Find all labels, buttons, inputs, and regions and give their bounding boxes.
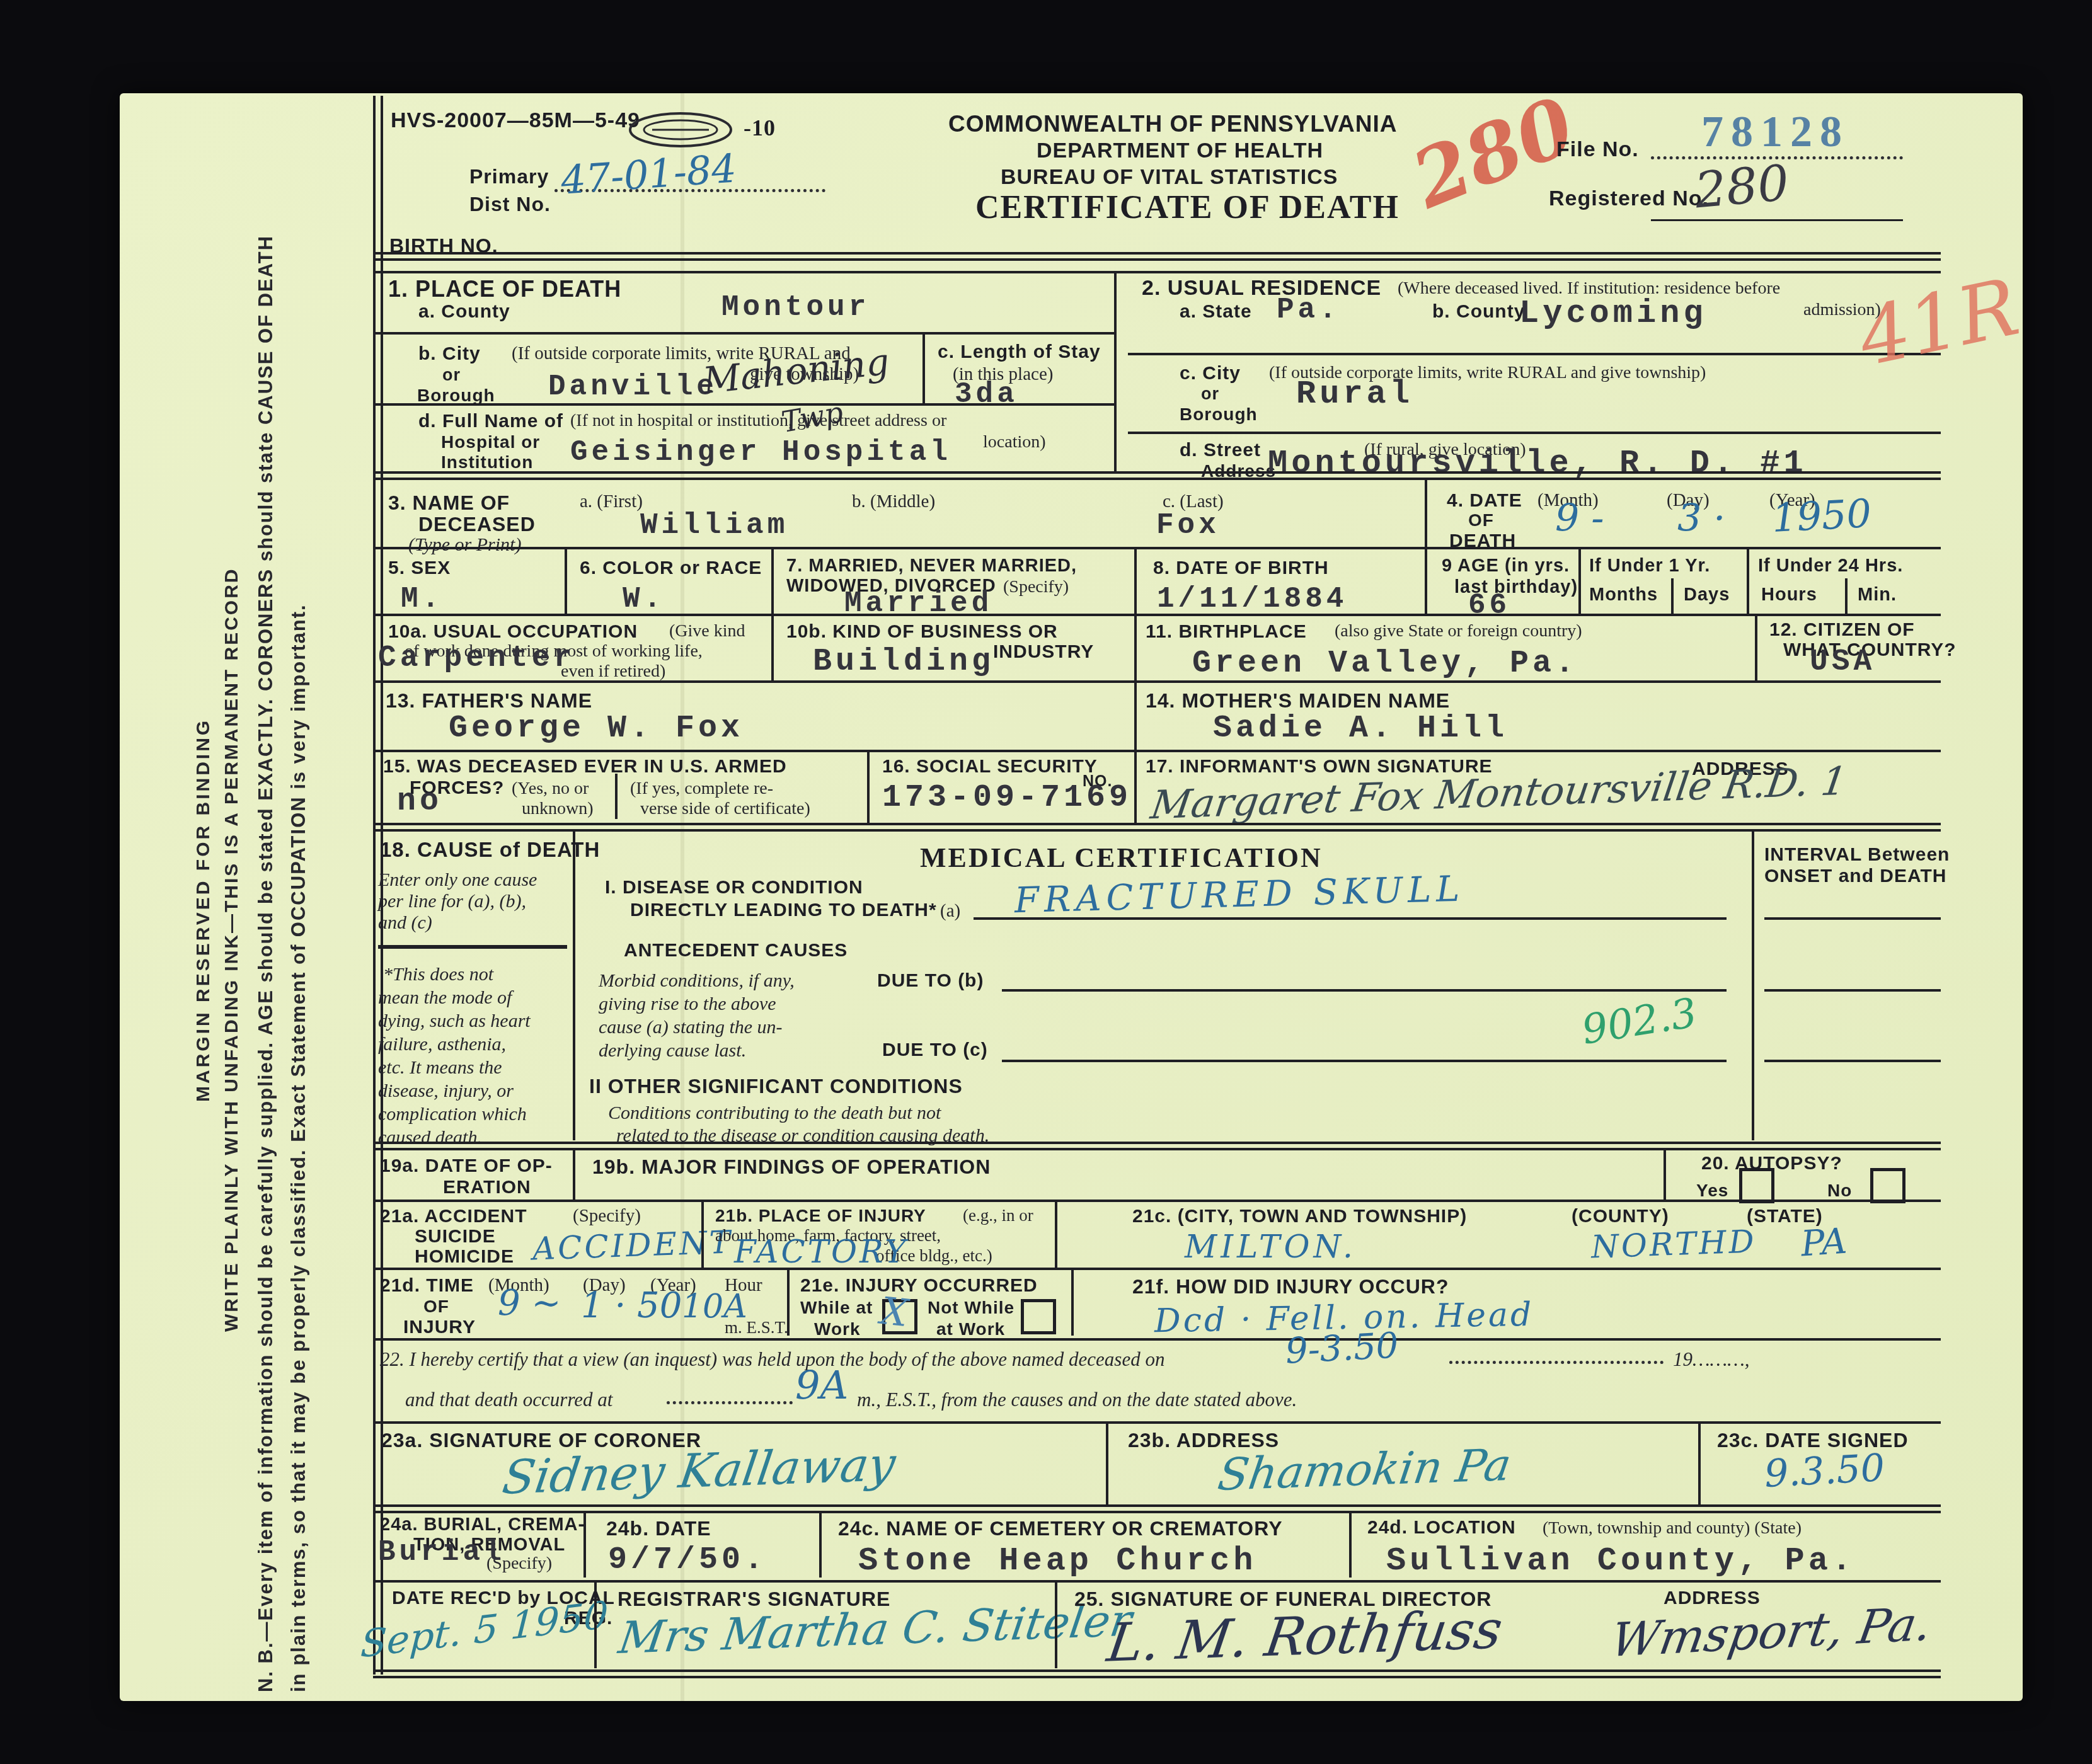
s1c-label: c. Length of Stay [938,341,1101,363]
s18-para-2: mean the mode of [378,987,512,1009]
s21d-day-year-value: 1 · 50 [581,1285,682,1326]
med-morbid-2: giving rise to the above [599,994,776,1015]
s5-label: 5. SEX [388,558,451,579]
s18-note-3: and (c) [378,912,432,934]
s12-citizen-value: USA [1810,645,1875,679]
s10a-note-1: (Give kind [669,621,745,641]
med-disease-label-1: I. DISEASE OR CONDITION [605,877,863,898]
s21b-label: 21b. PLACE OF INJURY [715,1206,926,1226]
rule-v [819,1513,822,1578]
s20-no-label: No [1827,1181,1852,1201]
s21e-label: 21e. INJURY OCCURRED [800,1275,1038,1297]
s16-ssn-value: 173-09-7169 [882,780,1132,816]
rule-v [1747,549,1749,614]
s9-label-1: 9 AGE (in yrs. [1442,556,1570,576]
s1c-value: 3da [955,378,1018,411]
s11-note: (also give State or foreign country) [1335,621,1582,641]
s2b-label: b. County [1432,301,1525,323]
primary-dist-label-2: Dist No. [469,193,551,216]
s3c-last-name-value: Fox [1156,509,1220,542]
s18-para-7: complication which [378,1104,527,1125]
rule-h [1764,1060,1941,1062]
rule-h [373,1421,1941,1424]
registered-no-value: 280 [1693,155,1791,220]
s9-min-label: Min. [1858,585,1897,605]
rule-h [373,252,1941,255]
med-conditions-note-1: Conditions contributing to the death but… [608,1102,941,1124]
s1d-label-3: Institution [441,452,533,472]
rule-v [1134,683,1137,750]
dotted-leader [1449,1361,1664,1364]
rule-v [1664,1150,1666,1200]
med-morbid-4: derlying cause last. [599,1040,746,1062]
s14-label: 14. MOTHER'S MAIDEN NAME [1146,689,1450,713]
s13-label: 13. FATHER'S NAME [386,689,592,713]
org-line-3: BUREAU OF VITAL STATISTICS [1001,165,1338,190]
s8-birth-date-value: 1/11/1884 [1157,583,1347,616]
s21e-while-label-2: Work [814,1319,861,1339]
s21c-label: 21c. (CITY, TOWN AND TOWNSHIP) [1132,1206,1467,1227]
s21d-label-2: OF [423,1297,449,1317]
s1b-city-value: Danville [548,370,718,403]
rule-h [373,750,1941,752]
s10a-label: 10a. USUAL OCCUPATION [388,621,638,643]
rule-v [573,832,575,1140]
scanned-death-certificate: MARGIN RESERVED FOR BINDING WRITE PLAINL… [0,0,2092,1764]
s4-label-1: 4. DATE [1447,490,1522,512]
s25-address-label: ADDRESS [1664,1588,1761,1609]
s2d-street-value: Montoursville, R. D. #1 [1268,445,1807,482]
s1a-label: a. County [418,301,510,323]
s6-label: 6. COLOR or RACE [580,558,762,579]
s21d-month-value: 9 ~ [498,1283,561,1324]
rule-h [373,1148,1941,1150]
s2a-state-value: Pa. [1277,294,1340,326]
s24d-note: (Town, township and county) (State) [1543,1518,1802,1538]
coroner-address-value: Shamokin Pa [1215,1439,1514,1501]
rule-h [373,1669,1941,1672]
s13-father-value: George W. Fox [449,711,744,747]
injury-not-while-at-work-checkbox[interactable] [1021,1299,1056,1334]
s21b-place-value: FACTORY [734,1234,908,1270]
s3-title-3: (Type or Print) [408,534,521,556]
rule-h [373,829,1941,832]
rule-v [1698,1424,1701,1504]
s15-armed-forces-value: no [397,784,442,820]
s2c-label: c. City [1180,363,1241,384]
margin-write-plainly-note: WRITE PLAINLY WITH UNFADING INK—THIS IS … [221,568,243,1332]
s9-under1yr-label: If Under 1 Yr. [1589,556,1710,576]
s7-specify-note: (Specify) [1003,577,1069,597]
rule-h [1128,432,1941,434]
s3-title-2: DECEASED [418,513,536,536]
s1b-or: or [442,365,461,385]
rule-v [1134,549,1137,614]
s2b-county-value: Lycoming [1519,295,1707,332]
s1d-hospital-value: Geisinger Hospital [570,436,951,469]
s2c-borough: Borough [1180,404,1258,425]
rule-h [974,917,1727,920]
rule-v [1134,616,1137,680]
med-interval-label-2: ONSET and DEATH [1764,866,1946,887]
s18-note-2: per line for (a), (b), [378,891,526,912]
s14-mother-value: Sadie A. Hill [1213,711,1508,747]
s10b-industry-value: Building [813,644,994,680]
s24c-label: 24c. NAME OF CEMETERY OR CREMATORY [838,1517,1283,1540]
s12-label-1: 12. CITIZEN OF [1769,619,1915,641]
s22-certify-line-1: 22. I hereby certify that a view (an inq… [380,1348,1164,1371]
form-code: HVS-20007—85M—5-49 [391,108,640,133]
s18-para-3: dying, such as heart [378,1011,531,1032]
rule-v [1671,578,1674,614]
certificate-title: CERTIFICATE OF DEATH [975,189,1399,226]
rule-v [787,1270,790,1336]
rule-h [378,945,567,949]
s1a-county-value: Montour [721,291,870,324]
s1d-note-1: (If not in hospital or institution, give… [570,411,946,431]
rule-h [373,547,1941,549]
margin-nb-note-line2: in plain terms, so that it may be proper… [287,604,310,1692]
s3a-label: a. (First) [580,491,643,512]
s18-para-1: *This does not [383,964,493,985]
margin-binding-note: MARGIN RESERVED FOR BINDING [193,718,214,1102]
rule-h [1764,989,1941,992]
s4-label-2: OF [1468,510,1494,530]
s21e-notwhile-label-1: Not While [928,1298,1014,1318]
med-a-label: (a) [940,901,960,922]
med-due-b-label: DUE TO (b) [877,970,984,992]
rule-h [373,1338,1941,1341]
org-line-2: DEPARTMENT OF HEALTH [1037,139,1323,163]
rule-h [373,478,1941,480]
s24b-label: 24b. DATE [606,1517,711,1540]
s22-year-label: 19………, [1673,1348,1749,1371]
s2-title: 2. USUAL RESIDENCE [1142,276,1381,301]
med-antecedent-label: ANTECEDENT CAUSES [624,940,848,961]
rule-h [373,1676,1941,1678]
rule-h [1002,1060,1727,1062]
s24a-burial-value: Burial [378,1536,505,1569]
s16-label-1: 16. SOCIAL SECURITY [882,756,1098,777]
s11-birthplace-value: Green Valley, Pa. [1192,646,1578,682]
s1d-label-1: d. Full Name of [418,411,563,432]
s21d-est-label: m. E.S.T. [725,1318,788,1337]
s9-days-label: Days [1684,585,1730,605]
s2c-city-value: Rural [1296,375,1413,413]
rule-v [1055,1202,1057,1268]
med-disease-label-2: DIRECTLY LEADING TO DEATH* [630,900,937,921]
s15-note-3: (If yes, complete re- [630,779,773,799]
rule-v [701,1202,704,1268]
seal-suffix: -10 [744,115,776,141]
s15-note-4: verse side of certificate) [640,799,810,819]
rule-h [373,1268,1941,1270]
rule-h [1764,917,1941,920]
rule-v [583,1513,586,1578]
rule-v [1134,752,1137,823]
s1d-note-2: location) [983,432,1046,452]
s2c-or: or [1201,384,1219,404]
s21f-label: 21f. HOW DID INJURY OCCUR? [1132,1275,1449,1298]
s7-label-1: 7. MARRIED, NEVER MARRIED, [786,556,1077,576]
med-other-conditions-label: II OTHER SIGNIFICANT CONDITIONS [589,1075,963,1098]
s19a-label-1: 19a. DATE OF OP- [380,1155,553,1177]
rule-h [373,332,1114,335]
rule-h [373,1511,1941,1513]
med-due-c-label: DUE TO (c) [882,1039,988,1061]
s24c-cemetery-value: Stone Heap Church [858,1542,1257,1579]
rule-v [1425,549,1427,614]
rule-h [373,271,1941,273]
s4-month-value: 9 - [1555,496,1604,541]
org-line-1: COMMONWEALTH OF PENNSYLVANIA [948,111,1397,137]
rule-h [373,1504,1941,1507]
s18-para-5: etc. It means the [378,1057,502,1079]
s1d-label-2: Hospital or [441,432,540,452]
s18-para-4: failure, asthenia, [378,1034,506,1055]
s19b-label: 19b. MAJOR FINDINGS OF OPERATION [592,1155,991,1179]
s21e-while-label-1: While at [800,1298,873,1318]
s10a-occupation-value: Carpenter [378,641,575,675]
s21a-label-1: 21a. ACCIDENT [380,1206,527,1227]
rule-h [373,1580,1941,1583]
injury-while-at-work-checkmark: X [878,1289,910,1336]
s1b-label: b. City [418,343,481,365]
s21d-label-1: 21d. TIME [380,1275,474,1297]
med-morbid-3: cause (a) stating the un- [599,1017,783,1038]
s22-certify-line-2b: m., E.S.T., from the causes and on the d… [857,1389,1297,1411]
rule-v [922,334,925,403]
med-morbid-1: Morbid conditions, if any, [599,970,795,992]
s5-sex-value: M. [401,583,443,616]
s3a-first-name-value: William [640,509,788,542]
s8-label: 8. DATE OF BIRTH [1153,558,1329,579]
rule-h [373,1200,1941,1202]
rule-h [1002,989,1727,992]
s24d-location-value: Sullivan County, Pa. [1386,1542,1855,1579]
s21c-county-label: (COUNTY) [1572,1206,1669,1227]
s24b-date-value: 9/7/50. [608,1542,767,1578]
rule-v [573,1150,575,1200]
s21a-label-3: HOMICIDE [415,1246,514,1268]
s21d-label-3: INJURY [403,1317,476,1338]
rule-v [1845,578,1848,614]
rule-h [373,1142,1941,1144]
s21b-label-eg: (e.g., in or [963,1206,1033,1225]
s24d-label: 24d. LOCATION [1367,1517,1516,1538]
rule-v [1114,271,1117,474]
s24a-label-1: 24a. BURIAL, CREMA- [380,1515,585,1535]
s20-yes-label: Yes [1696,1181,1728,1201]
s21c-city-value: MILTON. [1185,1228,1357,1265]
s9-age-value: 66 [1468,589,1510,622]
s18-para-8: caused death. [378,1127,482,1148]
rule-h [373,614,1941,616]
s4-day-value: 3 · [1677,496,1725,541]
s21a-specify-note: (Specify) [573,1206,641,1227]
s21c-county-value: NORTHD [1590,1223,1757,1265]
s10b-label-2: INDUSTRY [993,641,1094,663]
s9-months-label: Months [1589,585,1658,605]
autopsy-no-checkbox[interactable] [1870,1168,1905,1203]
rule-v [771,549,774,614]
s1-title: 1. PLACE OF DEATH [388,276,621,302]
s9-under24hrs-label: If Under 24 Hrs. [1758,556,1903,576]
rule-v [1055,1583,1057,1668]
date-signed-value: 9.3.50 [1763,1446,1885,1496]
rule-v [594,1583,597,1668]
rule-h [373,680,1941,683]
rule-v [1752,832,1754,1140]
s15-note-1: (Yes, no or [512,779,589,799]
s4-year-value: 1950 [1771,490,1872,541]
s3b-label: b. (Middle) [852,491,935,512]
rule-h [1128,353,1941,355]
s18-title: 18. CAUSE of DEATH [380,838,600,862]
rule-h [373,258,1941,261]
rule-v [771,616,774,680]
s15-note-2: unknown) [522,799,594,819]
s2d-label-1: d. Street [1180,440,1261,461]
s9-hours-label: Hours [1761,585,1817,605]
s2a-label: a. State [1180,301,1252,323]
medical-certification-title: MEDICAL CERTIFICATION [920,842,1323,874]
s11-label: 11. BIRTHPLACE [1146,621,1307,643]
s21e-notwhile-label-2: at Work [936,1319,1005,1339]
printing-trades-seal-icon [627,111,734,149]
s18-note-1: Enter only one cause [378,869,537,891]
rule-v [1755,616,1757,680]
s21c-state-value: PA [1800,1221,1848,1265]
rule-h [373,823,1941,825]
s22-certify-line-2a: and that death occurred at [405,1389,612,1411]
rule-v [1106,1424,1108,1504]
s6-race-value: W. [623,583,665,616]
rule-v [615,774,618,819]
registered-no-label: Registered No. [1549,186,1709,211]
autopsy-yes-checkbox[interactable] [1739,1168,1774,1203]
s3-title-1: 3. NAME OF [388,491,510,515]
s19a-label-2: ERATION [443,1177,531,1198]
rule-h [1651,219,1903,221]
rule-v [1071,1270,1074,1336]
rule-v [1349,1513,1352,1578]
file-no-label: File No. [1556,137,1639,162]
s22-death-time-value: 9A [795,1362,848,1408]
rule-v [1425,480,1427,547]
s18-para-6: disease, injury, or [378,1080,514,1102]
s22-inquest-date-value: 9-3.50 [1284,1325,1399,1372]
med-interval-label-1: INTERVAL Between [1764,844,1950,866]
primary-dist-label-1: Primary [469,165,549,188]
rule-v [565,549,567,614]
s10a-note-3: even if retired) [561,661,665,682]
rule-v [867,752,870,823]
rule-h [373,403,1114,406]
s21a-label-2: SUICIDE [415,1226,496,1247]
rule-v [1578,549,1581,614]
margin-nb-note-line1: N. B.—Every item of information should b… [255,235,277,1692]
file-no-value: 78128 [1701,107,1849,157]
dotted-leader [667,1401,793,1404]
s15-label-1: 15. WAS DECEASED EVER IN U.S. ARMED [383,756,787,777]
s10b-label-1: 10b. KIND OF BUSINESS OR [786,621,1058,643]
rule-h [373,471,1941,474]
